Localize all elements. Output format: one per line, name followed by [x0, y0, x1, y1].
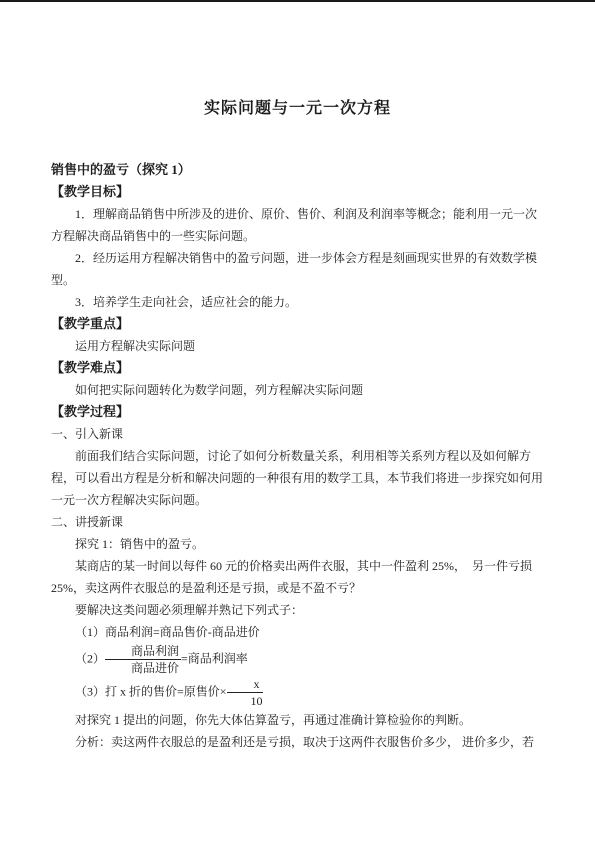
- process-part2-heading: 二、讲授新课: [51, 511, 545, 533]
- formula-2-denominator: 商品进价: [105, 660, 181, 676]
- problem-statement: 某商店的某一时间以每件 60 元的价格卖出两件衣服，其中一件盈利 25%， 另一…: [51, 555, 545, 599]
- process-part1-text: 前面我们结合实际问题，讨论了如何分析数量关系，利用相等关系列方程以及如何解方程，…: [51, 445, 545, 511]
- formula-3-fraction: x10: [227, 676, 263, 709]
- formula-2-fraction: 商品利润商品进价: [105, 643, 181, 676]
- formula-2-numerator: 商品利润: [105, 643, 181, 660]
- objectives-heading: 【教学目标】: [51, 181, 545, 203]
- page-top-border: [0, 0, 595, 2]
- formula-1: （1）商品利润=商品售价-商品进价: [51, 621, 545, 643]
- document-page: 实际问题与一元一次方程 销售中的盈亏（探究 1） 【教学目标】 1．理解商品销售…: [0, 0, 595, 841]
- formula-3-prefix: （3）打 x 折的售价=原售价×: [75, 684, 227, 698]
- formula-3-numerator: x: [227, 676, 263, 693]
- analysis-text: 分析：卖这两件衣服总的是盈利还是亏损，取决于这两件衣服售价多少， 进价多少，若: [51, 731, 545, 753]
- formula-2: （2）商品利润商品进价=商品利润率: [51, 643, 545, 676]
- objective-item-1: 1．理解商品销售中所涉及的进价、原价、售价、利润及利润率等概念；能利用一元一次方…: [51, 203, 545, 247]
- objective-item-3: 3．培养学生走向社会，适应社会的能力。: [51, 291, 545, 313]
- formula-2-suffix: =商品利润率: [181, 651, 248, 665]
- formula-2-prefix: （2）: [75, 651, 105, 665]
- process-part1-heading: 一、引入新课: [51, 423, 545, 445]
- section-subtitle: 销售中的盈亏（探究 1）: [51, 159, 545, 181]
- document-body: 销售中的盈亏（探究 1） 【教学目标】 1．理解商品销售中所涉及的进价、原价、售…: [0, 121, 595, 753]
- objective-item-2: 2．经历运用方程解决销售中的盈亏问题，进一步体会方程是刻画现实世界的有效数学模型…: [51, 247, 545, 291]
- inquiry-title: 探究 1：销售中的盈亏。: [51, 533, 545, 555]
- formula-3-denominator: 10: [227, 693, 263, 709]
- estimate-note: 对探究 1 提出的问题，你先大体估算盈亏，再通过准确计算检验你的判断。: [51, 709, 545, 731]
- key-points-heading: 【教学重点】: [51, 313, 545, 335]
- formula-3: （3）打 x 折的售价=原售价×x10: [51, 676, 545, 709]
- process-heading: 【教学过程】: [51, 401, 545, 423]
- difficulties-heading: 【教学难点】: [51, 357, 545, 379]
- formula-intro: 要解决这类问题必须理解并熟记下列式子：: [51, 599, 545, 621]
- key-points-text: 运用方程解决实际问题: [51, 335, 545, 357]
- difficulties-text: 如何把实际问题转化为数学问题，列方程解决实际问题: [51, 379, 545, 401]
- document-title: 实际问题与一元一次方程: [0, 0, 595, 121]
